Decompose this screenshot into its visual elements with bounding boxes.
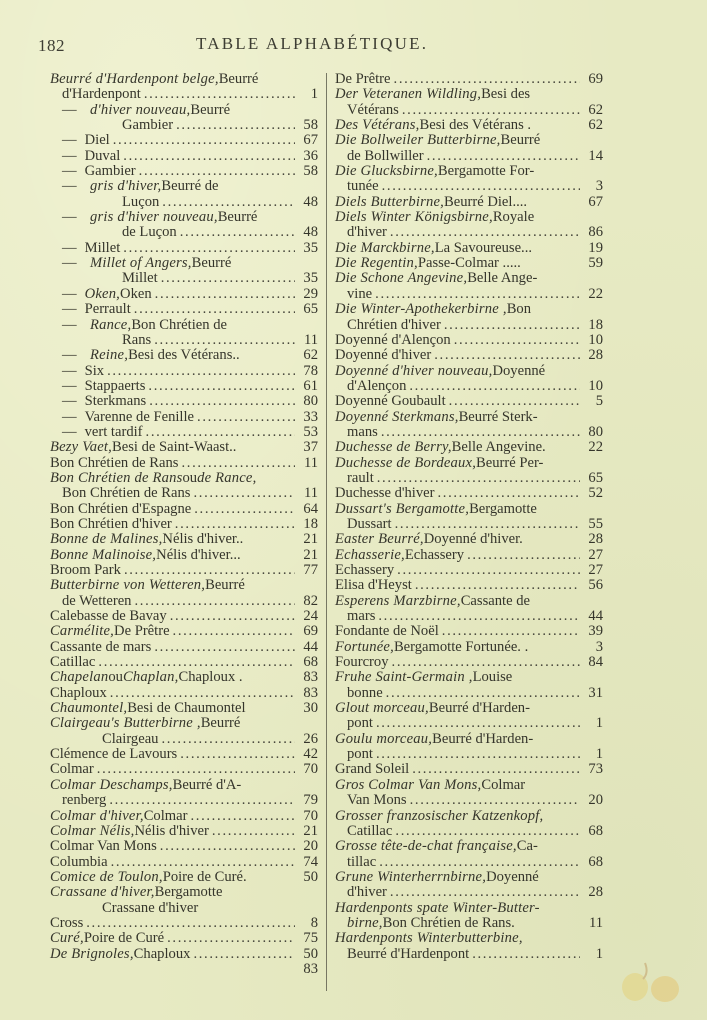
variety-synonym: Die Bollweiler Butterbirne, bbox=[335, 133, 501, 148]
variety-name-continued: renberg bbox=[62, 793, 106, 808]
index-entry-line: Dussart's Bergamotte, Bergamotte bbox=[335, 502, 603, 517]
index-entry-line: Diels Butterbirne, Beurré Diel....67 bbox=[335, 195, 603, 210]
index-entry-line: Diels Winter Königsbirne, Royale bbox=[335, 210, 603, 225]
dot-leader bbox=[182, 456, 296, 471]
index-entry-line: Duchesse d'hiver52 bbox=[335, 486, 603, 501]
variety-name: Besi des bbox=[481, 87, 530, 102]
variety-synonym: Chaplan, bbox=[123, 670, 179, 685]
page-reference: 68 bbox=[583, 824, 603, 839]
variety-name: Chaploux . bbox=[178, 670, 242, 685]
index-entry-line: Bonne Malinoise, Nélis d'hiver...21 bbox=[50, 548, 318, 563]
page-reference: 11 bbox=[298, 333, 318, 348]
variety-synonym: Oken, bbox=[85, 287, 120, 302]
index-entry: —Perrault65 bbox=[50, 302, 318, 317]
index-entry: Duchesse de Berry,Belle Angevine.22 bbox=[335, 440, 603, 455]
index-entry: Cross8 bbox=[50, 916, 318, 931]
page-reference: 53 bbox=[298, 425, 318, 440]
index-entry: Fruhe Saint-Germain , Louisebonne31 bbox=[335, 670, 603, 701]
index-entry-line: rault65 bbox=[335, 471, 603, 486]
index-entry-line: Luçon48 bbox=[50, 195, 318, 210]
variety-name: De Prêtre bbox=[114, 624, 170, 639]
index-entry: Duchesse de Bordeaux, Beurré Per-rault65 bbox=[335, 456, 603, 487]
index-entry: Doyenné d'Alençon10 bbox=[335, 333, 603, 348]
index-entry-line: tillac68 bbox=[335, 855, 603, 870]
index-entry-line: Fortunée, Bergamotte Fortunée. .3 bbox=[335, 640, 603, 655]
index-entry-line: de Wetteren82 bbox=[50, 594, 318, 609]
index-entry: —d'hiver nouveau, BeurréGambier58 bbox=[50, 103, 318, 134]
index-entry: Goulu morceau, Beurré d'Harden-pont1 bbox=[335, 732, 603, 763]
variety-name: Beurré Sterk- bbox=[459, 410, 538, 425]
index-entry: —gris d'hiver, Beurré deLuçon48 bbox=[50, 179, 318, 210]
index-entry: Bon Chrétien d'hiver18 bbox=[50, 517, 318, 532]
index-entry-line: tunée3 bbox=[335, 179, 603, 194]
dot-leader bbox=[395, 824, 580, 839]
variety-synonym: Curé, bbox=[50, 931, 84, 946]
dot-leader bbox=[386, 686, 580, 701]
index-entry: Fortunée, Bergamotte Fortunée. .3 bbox=[335, 640, 603, 655]
variety-synonym: Grune Winterherrnbirne, bbox=[335, 870, 486, 885]
variety-name-continued: Chrétien d'hiver bbox=[347, 318, 441, 333]
variety-synonym: De Brignoles, bbox=[50, 947, 134, 962]
dot-leader bbox=[194, 486, 296, 501]
index-entry: Die Glucksbirne, Bergamotte For-tunée3 bbox=[335, 164, 603, 195]
dot-leader bbox=[180, 225, 295, 240]
index-entry-line: de Luçon48 bbox=[50, 225, 318, 240]
index-entry-line: Die Regentin, Passe-Colmar .....59 bbox=[335, 256, 603, 271]
page-reference: 80 bbox=[583, 425, 603, 440]
variety-name-continued: tillac bbox=[347, 855, 376, 870]
variety-name-continued: d'hiver bbox=[347, 225, 387, 240]
variety-name: Beurré bbox=[218, 210, 258, 225]
variety-synonym: Fortunée, bbox=[335, 640, 394, 655]
index-entry: Crassane d'hiver, BergamotteCrassane d'h… bbox=[50, 885, 318, 916]
variety-synonym: Chapelan bbox=[50, 670, 108, 685]
variety-name: Oken bbox=[120, 287, 152, 302]
dot-leader bbox=[176, 118, 295, 133]
variety-synonym: Echasserie, bbox=[335, 548, 405, 563]
variety-name: Besi de Chaumontel bbox=[127, 701, 245, 716]
dot-leader bbox=[410, 793, 580, 808]
index-entry-line: Colmar70 bbox=[50, 762, 318, 777]
index-entry: Colmar Nélis, Nélis d'hiver21 bbox=[50, 824, 318, 839]
index-entry: Doyenné Goubault5 bbox=[335, 394, 603, 409]
variety-name-continued: d'Hardenpont bbox=[62, 87, 141, 102]
page-header: 182 TABLE ALPHABÉTIQUE. bbox=[38, 34, 638, 58]
index-entry: Chaumontel, Besi de Chaumontel30 bbox=[50, 701, 318, 716]
index-entry-line: Dussart55 bbox=[335, 517, 603, 532]
page-reference: 22 bbox=[583, 440, 603, 455]
variety-name: Cassante de mars bbox=[50, 640, 151, 655]
dot-leader bbox=[434, 348, 580, 363]
index-entry-line: Bezy Vaet, Besi de Saint-Waast..37 bbox=[50, 440, 318, 455]
page-title: TABLE ALPHABÉTIQUE. bbox=[196, 34, 428, 54]
variety-name: Beurré bbox=[501, 133, 541, 148]
dot-leader bbox=[144, 87, 295, 102]
index-entry: Fourcroy84 bbox=[335, 655, 603, 670]
variety-name: Beurré bbox=[201, 716, 241, 731]
variety-name: Six bbox=[85, 364, 104, 379]
page-reference: 62 bbox=[298, 348, 318, 363]
variety-name: Diel bbox=[85, 133, 110, 148]
index-entry: Diels Butterbirne, Beurré Diel....67 bbox=[335, 195, 603, 210]
index-entry-line: —Diel67 bbox=[50, 133, 318, 148]
variety-name: Doyenné Goubault bbox=[335, 394, 446, 409]
variety-name-continued: mars bbox=[347, 609, 375, 624]
dot-leader bbox=[134, 594, 295, 609]
variety-name: Bon bbox=[507, 302, 531, 317]
em-dash: — bbox=[62, 210, 82, 225]
variety-synonym: Die Marckbirne, bbox=[335, 241, 435, 256]
index-entry: —Gambier58 bbox=[50, 164, 318, 179]
index-entry-line: Broom Park77 bbox=[50, 563, 318, 578]
variety-synonym: Die Schone Angevine, bbox=[335, 271, 467, 286]
variety-name: Bon Chrétien de bbox=[131, 318, 227, 333]
index-entry-line: Grand Soleil73 bbox=[335, 762, 603, 777]
page-reference: 68 bbox=[583, 855, 603, 870]
variety-synonym: Goulu morceau, bbox=[335, 732, 432, 747]
index-entry-line: —Millet35 bbox=[50, 241, 318, 256]
dot-leader bbox=[161, 732, 295, 747]
variety-synonym: Butterbirne von Wetteren, bbox=[50, 578, 205, 593]
variety-synonym: Bezy Vaet, bbox=[50, 440, 112, 455]
variety-synonym: gris d'hiver nouveau, bbox=[90, 210, 218, 225]
em-dash: — bbox=[62, 425, 77, 440]
variety-name-continued: Rans bbox=[122, 333, 151, 348]
dot-leader bbox=[379, 855, 580, 870]
page-reference: 55 bbox=[583, 517, 603, 532]
page-reference: 62 bbox=[583, 118, 603, 133]
index-entry-line: —Stappaerts61 bbox=[50, 379, 318, 394]
index-entry-line: Clémence de Lavours42 bbox=[50, 747, 318, 762]
index-entry-line: Hardenponts spate Winter-Butter- bbox=[335, 901, 603, 916]
dot-leader bbox=[402, 103, 580, 118]
variety-name-continued: pont bbox=[347, 747, 373, 762]
page-reference: 30 bbox=[298, 701, 318, 716]
index-entry-line: —Rance, Bon Chrétien de bbox=[50, 318, 318, 333]
index-entry-line: —Six78 bbox=[50, 364, 318, 379]
index-entry: Chaploux83 bbox=[50, 686, 318, 701]
index-entry-line: Colmar Deschamps, Beurré d'A- bbox=[50, 778, 318, 793]
variety-name: Bon Chrétien d'hiver bbox=[50, 517, 172, 532]
dot-leader bbox=[381, 425, 580, 440]
page-reference: 69 bbox=[298, 624, 318, 639]
index-entry-line: —vert tardif53 bbox=[50, 425, 318, 440]
dot-leader bbox=[472, 947, 580, 962]
variety-synonym: Duchesse de Berry, bbox=[335, 440, 452, 455]
variety-name-continued: Millet bbox=[122, 271, 158, 286]
variety-synonym: Des Vétérans, bbox=[335, 118, 419, 133]
dot-leader bbox=[161, 271, 295, 286]
variety-synonym: Esperens Marzbirne, bbox=[335, 594, 461, 609]
index-entry-line: mans80 bbox=[335, 425, 603, 440]
variety-name: Beurré bbox=[219, 72, 259, 87]
index-entry-line: Bonne de Malines, Nélis d'hiver..21 bbox=[50, 532, 318, 547]
index-entry: Curé, Poire de Curé75 bbox=[50, 931, 318, 946]
index-entry: Die Marckbirne, La Savoureuse...19 bbox=[335, 241, 603, 256]
variety-name: Bergamotte Fortunée. . bbox=[394, 640, 528, 655]
index-entry-line: Butterbirne von Wetteren, Beurré bbox=[50, 578, 318, 593]
variety-name-continued: rault bbox=[347, 471, 374, 486]
index-entry-line: Vétérans62 bbox=[335, 103, 603, 118]
index-entry: Butterbirne von Wetteren, Beurréde Wette… bbox=[50, 578, 318, 609]
page-reference: 39 bbox=[583, 624, 603, 639]
variety-synonym: d'hiver nouveau, bbox=[90, 103, 190, 118]
index-entry: Diels Winter Königsbirne, Royaled'hiver8… bbox=[335, 210, 603, 241]
page-reference: 20 bbox=[298, 839, 318, 854]
variety-name: Doyenné bbox=[492, 364, 545, 379]
index-entry: Des Vétérans, Besi des Vétérans .62 bbox=[335, 118, 603, 133]
variety-name: Nélis d'hiver... bbox=[156, 548, 241, 563]
variety-name: Ca- bbox=[517, 839, 538, 854]
variety-synonym: Die Glucksbirne, bbox=[335, 164, 438, 179]
index-entry: Easter Beurré, Doyenné d'hiver.28 bbox=[335, 532, 603, 547]
page-reference: 8 bbox=[298, 916, 318, 931]
page-reference: 58 bbox=[298, 164, 318, 179]
index-entry-line: Chaploux83 bbox=[50, 686, 318, 701]
variety-name-continued: Vétérans bbox=[347, 103, 399, 118]
index-entry-line: De Brignoles, Chaploux50 bbox=[50, 947, 318, 962]
index-entry-line: Cassante de mars44 bbox=[50, 640, 318, 655]
em-dash: — bbox=[62, 410, 77, 425]
page-reference: 68 bbox=[298, 655, 318, 670]
variety-name: Perrault bbox=[85, 302, 131, 317]
variety-name: Varenne de Fenille bbox=[85, 410, 194, 425]
index-entry: Gros Colmar Van Mons, ColmarVan Mons20 bbox=[335, 778, 603, 809]
variety-name: Stappaerts bbox=[85, 379, 146, 394]
index-entry: Elisa d'Heyst56 bbox=[335, 578, 603, 593]
index-entry-line: Doyenné Goubault5 bbox=[335, 394, 603, 409]
index-entry: Clémence de Lavours42 bbox=[50, 747, 318, 762]
dot-leader bbox=[442, 624, 580, 639]
variety-name: Duchesse d'hiver bbox=[335, 486, 434, 501]
variety-name-continued: de Luçon bbox=[122, 225, 177, 240]
variety-name: Poire de Curé. bbox=[163, 870, 247, 885]
page-reference: 5 bbox=[583, 394, 603, 409]
variety-name-continued: d'hiver bbox=[347, 885, 387, 900]
dot-leader bbox=[212, 824, 295, 839]
page-reference: 65 bbox=[298, 302, 318, 317]
index-entry-line: Die Glucksbirne, Bergamotte For- bbox=[335, 164, 603, 179]
dot-leader bbox=[162, 195, 295, 210]
variety-name: Besi des Vétérans.. bbox=[128, 348, 240, 363]
variety-name-continued: Van Mons bbox=[347, 793, 407, 808]
em-dash: — bbox=[62, 348, 82, 363]
variety-name-continued: bonne bbox=[347, 686, 383, 701]
index-entry-line: Colmar Van Mons20 bbox=[50, 839, 318, 854]
index-entry-line: Doyenné d'Alençon10 bbox=[335, 333, 603, 348]
variety-name: vert tardif bbox=[85, 425, 143, 440]
page-reference: 48 bbox=[298, 225, 318, 240]
variety-synonym: Grosser franzosischer Katzenkopf, bbox=[335, 809, 543, 824]
page-reference: 44 bbox=[298, 640, 318, 655]
index-entry-line: pont1 bbox=[335, 716, 603, 731]
dot-leader bbox=[415, 578, 580, 593]
dot-leader bbox=[123, 241, 295, 256]
variety-synonym: Diels Butterbirne, bbox=[335, 195, 444, 210]
dot-leader bbox=[148, 379, 295, 394]
dot-leader bbox=[412, 762, 580, 777]
dot-leader bbox=[113, 133, 295, 148]
variety-name: Beurré d'Harden- bbox=[429, 701, 530, 716]
em-dash: — bbox=[62, 256, 82, 271]
index-entry-line: Comice de Toulon, Poire de Curé.50 bbox=[50, 870, 318, 885]
page-reference: 3 bbox=[583, 179, 603, 194]
variety-name-continued: Clairgeau bbox=[102, 732, 158, 747]
variety-synonym: Reine, bbox=[90, 348, 128, 363]
index-entry-line: Elisa d'Heyst56 bbox=[335, 578, 603, 593]
dot-leader bbox=[437, 486, 580, 501]
page-reference: 11 bbox=[298, 456, 318, 471]
variety-name: Colmar bbox=[50, 762, 94, 777]
index-entry-line: Duchesse de Berry,Belle Angevine.22 bbox=[335, 440, 603, 455]
index-entry-line: Goulu morceau, Beurré d'Harden- bbox=[335, 732, 603, 747]
index-entry-line: De Prêtre69 bbox=[335, 72, 603, 87]
index-entry-line: de Bollwiller14 bbox=[335, 149, 603, 164]
variety-synonym: Doyenné d'hiver nouveau, bbox=[335, 364, 492, 379]
variety-name: Passe-Colmar ..... bbox=[418, 256, 521, 271]
index-entry: Echassery27 bbox=[335, 563, 603, 578]
variety-name: Beurré bbox=[190, 103, 230, 118]
dot-leader bbox=[392, 655, 580, 670]
variety-name: Bergamotte bbox=[155, 885, 223, 900]
page-reference: 59 bbox=[583, 256, 603, 271]
variety-synonym: Chaumontel, bbox=[50, 701, 127, 716]
index-entry-line: Doyenné Sterkmans, Beurré Sterk- bbox=[335, 410, 603, 425]
index-entry-line: Columbia74 bbox=[50, 855, 318, 870]
dot-leader bbox=[395, 517, 580, 532]
page-reference: 84 bbox=[583, 655, 603, 670]
dot-leader bbox=[467, 548, 580, 563]
page-reference: 78 bbox=[298, 364, 318, 379]
index-entry-line: Crassane d'hiver, Bergamotte bbox=[50, 885, 318, 900]
index-entry: Colmar70 bbox=[50, 762, 318, 777]
index-entry: —Millet of Angers, BeurréMillet35 bbox=[50, 256, 318, 287]
dot-leader bbox=[160, 839, 295, 854]
variety-name: Besi de Saint-Waast.. bbox=[112, 440, 236, 455]
page-reference: 18 bbox=[583, 318, 603, 333]
index-entry: Comice de Toulon, Poire de Curé.50 bbox=[50, 870, 318, 885]
dot-leader bbox=[154, 333, 295, 348]
variety-name: Beurré bbox=[192, 256, 232, 271]
variety-name-continued: mans bbox=[347, 425, 378, 440]
page-reference: 83 bbox=[298, 670, 318, 685]
page-reference: 69 bbox=[583, 72, 603, 87]
dot-leader bbox=[175, 517, 295, 532]
variety-synonym: Der Veteranen Wildling, bbox=[335, 87, 481, 102]
dot-leader bbox=[376, 747, 580, 762]
index-entry: Grosser franzosischer Katzenkopf,Catilla… bbox=[335, 809, 603, 840]
variety-name: Beurré Diel.... bbox=[444, 195, 527, 210]
variety-synonym: Doyenné Sterkmans, bbox=[335, 410, 459, 425]
index-entry: Columbia74 bbox=[50, 855, 318, 870]
page-reference: 11 bbox=[298, 486, 318, 501]
variety-synonym: Diels Winter Königsbirne, bbox=[335, 210, 493, 225]
index-entry: Glout morceau, Beurré d'Harden-pont1 bbox=[335, 701, 603, 732]
variety-name-continued: Luçon bbox=[122, 195, 159, 210]
variety-name: Calebasse de Bavay bbox=[50, 609, 167, 624]
index-entry: Colmar d'hiver, Colmar70 bbox=[50, 809, 318, 824]
dot-leader bbox=[167, 931, 295, 946]
index-entry-line: Bon Chrétien d'hiver18 bbox=[50, 517, 318, 532]
index-entry: Catillac68 bbox=[50, 655, 318, 670]
dot-leader bbox=[449, 394, 580, 409]
dot-leader bbox=[123, 149, 295, 164]
variety-name-continued: d'Alençon bbox=[347, 379, 406, 394]
variety-name: Echassery bbox=[405, 548, 464, 563]
variety-synonym: gris d'hiver, bbox=[90, 179, 161, 194]
dot-leader bbox=[154, 640, 295, 655]
index-entry: Fondante de Noël39 bbox=[335, 624, 603, 639]
page-reference: 28 bbox=[583, 348, 603, 363]
dot-leader bbox=[109, 793, 295, 808]
index-entry: —Duval36 bbox=[50, 149, 318, 164]
page-reference: 64 bbox=[298, 502, 318, 517]
index-entry-line: Crassane d'hiver bbox=[50, 901, 318, 916]
variety-name: Fondante de Noël bbox=[335, 624, 439, 639]
index-entry-line: Bon Chrétien de Rans ou de Rance, bbox=[50, 471, 318, 486]
variety-name-continued: Bon Chrétien de Rans bbox=[62, 486, 191, 501]
index-entry-line: Colmar d'hiver, Colmar70 bbox=[50, 809, 318, 824]
variety-name-continued: Crassane d'hiver bbox=[102, 901, 198, 916]
page-reference: 11 bbox=[583, 916, 603, 931]
page-reference: 24 bbox=[298, 609, 318, 624]
index-entry-line: Grune Winterherrnbirne, Doyenné bbox=[335, 870, 603, 885]
index-entry-line: Catillac68 bbox=[335, 824, 603, 839]
variety-name: Doyenné d'hiver. bbox=[424, 532, 523, 547]
page-reference: 70 bbox=[298, 762, 318, 777]
page-reference: 33 bbox=[298, 410, 318, 425]
index-entry: Bonne de Malines, Nélis d'hiver..21 bbox=[50, 532, 318, 547]
variety-synonym: Bon Chrétien de Rans bbox=[50, 471, 183, 486]
variety-name: Duval bbox=[85, 149, 121, 164]
index-entry-line: Glout morceau, Beurré d'Harden- bbox=[335, 701, 603, 716]
variety-name-continued: Gambier bbox=[122, 118, 173, 133]
index-entry: —Millet35 bbox=[50, 241, 318, 256]
em-dash: — bbox=[62, 318, 82, 333]
index-column-left: Beurré d'Hardenpont belge, Beurréd'Harde… bbox=[50, 72, 318, 977]
index-entry-line: Rans11 bbox=[50, 333, 318, 348]
index-entry-line: —Gambier58 bbox=[50, 164, 318, 179]
bleed-through-pear-illustration bbox=[615, 955, 685, 1005]
variety-name: Cassante de bbox=[461, 594, 530, 609]
variety-name: Colmar Van Mons bbox=[50, 839, 157, 854]
dot-leader bbox=[197, 410, 295, 425]
page-reference: 79 bbox=[298, 793, 318, 808]
index-entry-line: Die Winter-Apothekerbirne , Bon bbox=[335, 302, 603, 317]
variety-name: Elisa d'Heyst bbox=[335, 578, 412, 593]
variety-name: Beurré de bbox=[161, 179, 218, 194]
page-reference: 28 bbox=[583, 885, 603, 900]
variety-name: Bon Chrétien d'Espagne bbox=[50, 502, 191, 517]
index-entry-line: vine22 bbox=[335, 287, 603, 302]
page-reference: 67 bbox=[298, 133, 318, 148]
page-reference: 3 bbox=[583, 640, 603, 655]
page-reference: 52 bbox=[583, 486, 603, 501]
page-reference: 36 bbox=[298, 149, 318, 164]
dot-leader bbox=[444, 318, 580, 333]
index-entry-line: Millet35 bbox=[50, 271, 318, 286]
index-entry: Broom Park77 bbox=[50, 563, 318, 578]
index-entry: Grand Soleil73 bbox=[335, 762, 603, 777]
variety-name-continued: Bon Chrétien de Rans. bbox=[383, 916, 515, 931]
variety-name: Broom Park bbox=[50, 563, 121, 578]
variety-synonym: birne, bbox=[347, 916, 383, 931]
page-reference: 44 bbox=[583, 609, 603, 624]
page-reference: 50 bbox=[298, 870, 318, 885]
page-reference: 75 bbox=[298, 931, 318, 946]
variety-name: Doyenné bbox=[486, 870, 539, 885]
em-dash: — bbox=[62, 103, 82, 118]
